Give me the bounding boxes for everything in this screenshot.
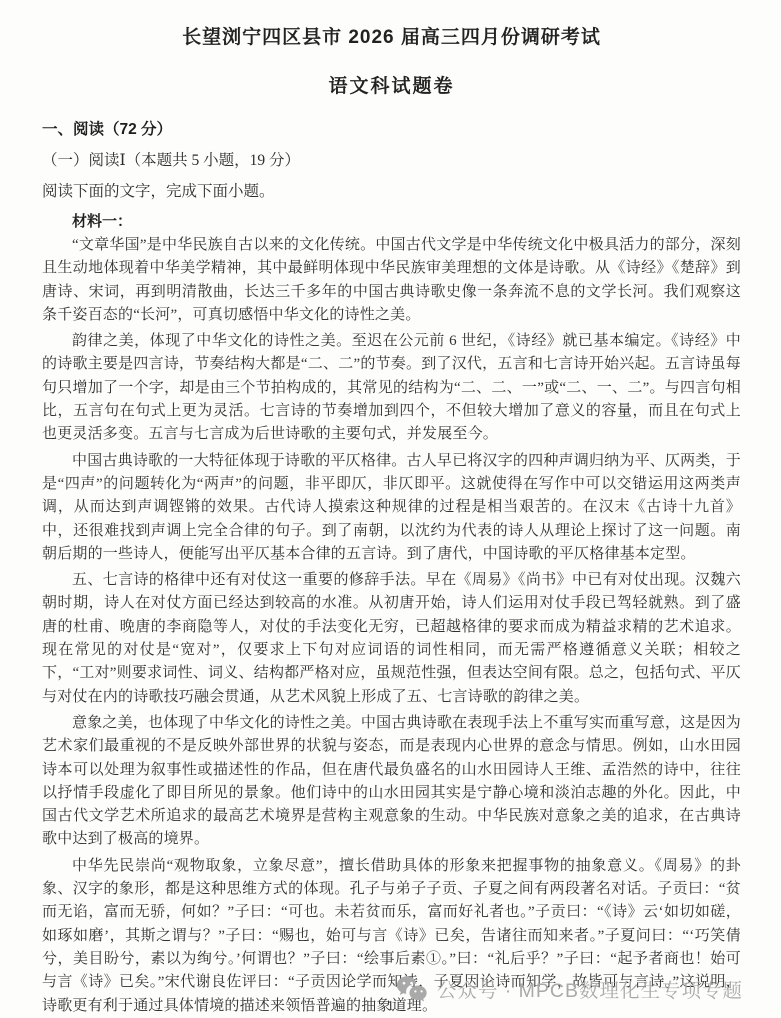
material-paragraph-2: 韵律之美，体现了中华文化的诗性之美。至迟在公元前 6 世纪，《诗经》就已基本编定…: [42, 330, 741, 446]
exam-content: 一、阅读（72 分） （一）阅读Ⅰ（本题共 5 小题，19 分） 阅读下面的文字…: [42, 117, 741, 1018]
material-paragraph-3: 中国古典诗歌的一大特征体现于诗歌的平仄格律。古人早已将汉字的四种声调归纳为平、仄…: [42, 450, 741, 566]
page-subtitle: 语文科试题卷: [42, 71, 741, 98]
page-title: 长望浏宁四区县市 2026 届高三四月份调研考试: [42, 22, 741, 49]
material-paragraph-1: “文章华国”是中华民族自古以来的文化传统。中国古代文学是中华传统文化中极具活力的…: [42, 234, 741, 327]
material-paragraph-5: 意象之美，也体现了中华文化的诗性之美。中国古典诗歌在表现手法上不重写实而重写意，…: [42, 712, 741, 852]
section-heading-reading: 一、阅读（72 分）: [42, 117, 741, 139]
page-number: 1: [0, 998, 781, 1014]
material-paragraph-4: 五、七言诗的格律中还有对仗这一重要的修辞手法。早在《周易》《尚书》中已有对仗出现…: [42, 569, 741, 709]
subsection-heading-reading-1: （一）阅读Ⅰ（本题共 5 小题，19 分）: [42, 148, 741, 170]
reading-instruction: 阅读下面的文字，完成下面小题。: [42, 179, 741, 201]
material-one-label: 材料一：: [42, 210, 741, 231]
exam-paper-page: 长望浏宁四区县市 2026 届高三四月份调研考试 语文科试题卷 一、阅读（72 …: [0, 0, 781, 1018]
